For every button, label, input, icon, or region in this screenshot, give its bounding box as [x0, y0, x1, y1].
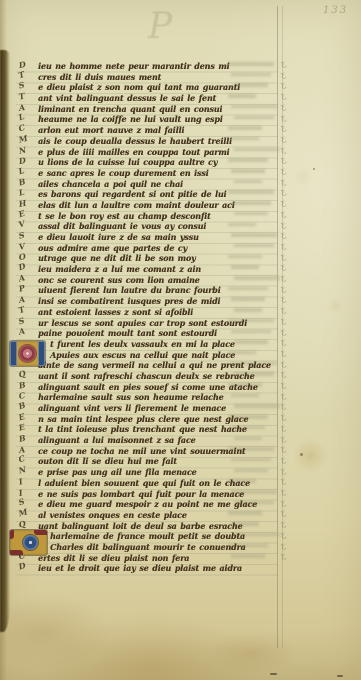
line-text: l aduient bien souuent que qui fuit on l…	[38, 478, 282, 489]
initial-maroon-bar	[10, 550, 23, 555]
line-text: ieu et le droit que iay se dieu plaist m…	[38, 563, 282, 574]
line-text: e dieu plaist z son nom qui tant ma guar…	[38, 82, 282, 93]
manuscript-line: Apaine pouoient moult tant sont estourdi	[14, 328, 282, 339]
line-text: Charles dit balinguant mourir te conuend…	[50, 542, 282, 553]
manuscript-line: Ainsi se combatirent iusques pres de mid…	[14, 296, 282, 307]
line-text: ur lescus se sont apuies car trop sont e…	[38, 318, 282, 329]
manuscript-line: Helas dit lun a laultre com maint douleu…	[14, 200, 282, 211]
illuminated-initial-E	[10, 341, 45, 366]
text-block: Dieu ne homme nete peur marantir dens mi…	[14, 61, 282, 574]
line-text: al venistes onques en ceste place	[38, 510, 282, 521]
manuscript-line: Le sanc apres le coup durement en issi	[14, 168, 282, 179]
manuscript-line: Et se le bon roy est au champ desconfit	[14, 211, 282, 222]
manuscript-line: Certes dit li se dieu plaist non fera	[14, 553, 282, 564]
initial-blue-orb	[23, 535, 38, 550]
manuscript-line: Bailes chancela a poi quil ne chai	[14, 179, 282, 190]
edge-mark	[337, 675, 343, 677]
manuscript-line: Vassal dit balinguant ie vous ay consui	[14, 221, 282, 232]
manuscript-line: Vous admire ame que partes de cy	[14, 243, 282, 254]
manuscript-line: Ace coup ne tocha ne mil une vint souuer…	[14, 446, 282, 457]
line-text: ainte de sang vermeil na cellui a qui ne…	[38, 360, 282, 371]
line-text: es barons qui regardent si ont pitie de …	[38, 189, 282, 200]
line-text: outon dit li se dieu hui me fait	[38, 456, 282, 467]
manuscript-line: Se dieu lauoit iure z de sa main yssu	[14, 232, 282, 243]
initial-maroon-bar	[10, 530, 14, 539]
manuscript-line: Se dieu me guard mespoir z au point ne m…	[14, 499, 282, 510]
manuscript-line: En sa main tint lespee plus clere que ne…	[14, 414, 282, 425]
manuscript-line: Se dieu plaist z son nom qui tant ma gua…	[14, 82, 282, 93]
line-text: ais le coup deualla dessus le haubert tr…	[38, 136, 282, 147]
line-text: e dieu lauoit iure z de sa main yssu	[38, 232, 282, 243]
line-text: uiuent fierent lun lautre du branc fourb…	[38, 285, 282, 296]
show-through-large-letter: P	[148, 6, 172, 47]
line-text: ertes dit li se dieu plaist non fera	[38, 553, 282, 564]
manuscript-page: ʒʒʒʒʒʒʒʒʒʒʒʒʒʒʒʒʒʒʒʒʒʒʒʒʒʒʒʒʒʒʒʒʒʒʒʒʒʒʒʒ…	[0, 0, 361, 680]
line-text: utrage que ne dit dit li be son moy	[38, 253, 282, 264]
manuscript-line: Carlon eut mort nauve z mal failli	[14, 125, 282, 136]
line-text: ieu ne homme nete peur marantir dens mi	[38, 61, 282, 72]
binding-gutter	[0, 50, 10, 632]
manuscript-line: Dieu maidera z a lui me comant z ain	[14, 264, 282, 275]
line-text: liminant en trencha quant quil en consui	[38, 104, 282, 115]
manuscript-line: Mais le coup deualla dessus le haubert t…	[14, 136, 282, 147]
manuscript-line: Tainte de sang vermeil na cellui a qui n…	[14, 360, 282, 371]
line-text: t la tint ioieuse plus trenchant que nes…	[38, 424, 282, 435]
line-text: heaume ne la coiffe ne lui vault ung esp…	[38, 114, 282, 125]
line-text: ieu maidera z a lui me comant z ain	[38, 264, 282, 275]
line-text: harlemaine sault sus son heaume relache	[38, 392, 282, 403]
line-text: ant estoient lasses z sont si afoibli	[38, 307, 282, 318]
manuscript-line: t furent les deulx vassaulx en mi la pla…	[14, 339, 282, 350]
manuscript-line: Tant estoient lasses z sont si afoibli	[14, 307, 282, 318]
manuscript-line: Il aduient bien souuent que qui fuit on …	[14, 478, 282, 489]
line-text: ant vint balinguant dessus le sai le fen…	[38, 93, 282, 104]
line-text: e plus de iiii mailles en couppa tout pa…	[38, 147, 282, 158]
manuscript-line: Charles dit balinguant mourir te conuend…	[14, 542, 282, 553]
edge-mark	[270, 673, 277, 675]
folio-number: 133	[323, 5, 348, 16]
line-text: arlon eut mort nauve z mal failli	[38, 125, 282, 136]
line-text: ce coup ne tocha ne mil une vint souuerm…	[38, 446, 282, 457]
manuscript-line: Lheaume ne la coiffe ne lui vault ung es…	[14, 114, 282, 125]
manuscript-line: Du lions de la cuisse lui couppa aultre …	[14, 157, 282, 168]
manuscript-line: Balinguant vint vers li fierement le men…	[14, 403, 282, 414]
line-text: alinguant a lui maisonnet z sa face	[38, 435, 282, 446]
initial-blue-bar-left	[10, 341, 17, 366]
manuscript-line: Aonc se courent sus com lion amaine	[14, 275, 282, 286]
illuminated-initial-C	[10, 530, 47, 555]
manuscript-line: Tant vint balinguant dessus le sai le fe…	[14, 93, 282, 104]
line-text: e ne suis pas lombart qui fuit pour la m…	[38, 489, 282, 500]
manuscript-line: Et la tint ioieuse plus trenchant que ne…	[14, 424, 282, 435]
manuscript-line: Apuies aux escus na cellui que nait plac…	[14, 350, 282, 361]
manuscript-line: Charlemaine sault sus son heaume relache	[14, 392, 282, 403]
line-text: Apuies aux escus na cellui que nait plac…	[50, 350, 282, 361]
manuscript-line: Quant il sont rafreschi chascun deulx se…	[14, 371, 282, 382]
manuscript-line: Ne plus de iiii mailles en couppa tout p…	[14, 147, 282, 158]
line-text: onc se courent sus com lion amaine	[38, 275, 282, 286]
line-text: e prise pas ung ail une fila menace	[38, 467, 282, 478]
initial-blue-bar-right	[38, 341, 45, 366]
manuscript-line: Balinguant a lui maisonnet z sa face	[14, 435, 282, 446]
manuscript-line: Les barons qui regardent si ont pitie de…	[14, 189, 282, 200]
line-text: ous admire ame que partes de cy	[38, 243, 282, 254]
line-text: uant il sont rafreschi chascun deulx se …	[38, 371, 282, 382]
manuscript-line: harlemaine de france moult petit se doub…	[14, 531, 282, 542]
ink-speck	[313, 168, 315, 170]
line-text: t furent les deulx vassaulx en mi la pla…	[50, 339, 282, 350]
manuscript-line: Tcres dit li duis maues ment	[14, 72, 282, 83]
manuscript-line: Dieu ne homme nete peur marantir dens mi	[14, 61, 282, 72]
manuscript-line: Ie ne suis pas lombart qui fuit pour la …	[14, 489, 282, 500]
line-text: assal dit balinguant ie vous ay consui	[38, 221, 282, 232]
line-text: uant balinguant loit de deul sa barbe es…	[38, 521, 282, 532]
line-text: ailes chancela a poi quil ne chai	[38, 179, 282, 190]
line-text: elas dit lun a laultre com maint douleur…	[38, 200, 282, 211]
manuscript-line: Dieu et le droit que iay se dieu plaist …	[14, 563, 282, 574]
line-text: paine pouoient moult tant sont estourdi	[38, 328, 282, 339]
manuscript-line: Mal venistes onques en ceste place	[14, 510, 282, 521]
manuscript-line: Couton dit li se dieu hui me fait	[14, 456, 282, 467]
ink-speck	[300, 453, 303, 456]
line-text: u lions de la cuisse lui couppa aultre c…	[38, 157, 282, 168]
initial-maroon-bar	[34, 530, 47, 535]
line-text: harlemaine de france moult petit se doub…	[50, 531, 282, 542]
line-text: alinguant vint vers li fierement le mena…	[38, 403, 282, 414]
line-text: t se le bon roy est au champ desconfit	[38, 211, 282, 222]
manuscript-line: Aliminant en trencha quant quil en consu…	[14, 104, 282, 115]
line-text: e dieu me guard mespoir z au point ne me…	[38, 499, 282, 510]
manuscript-line: Outrage que ne dit dit li be son moy	[14, 253, 282, 264]
manuscript-line: Quant balinguant loit de deul sa barbe e…	[14, 521, 282, 532]
manuscript-line: Balinguant sault en pies souef si come u…	[14, 382, 282, 393]
line-text: e sanc apres le coup durement en issi	[38, 168, 282, 179]
initial-rosette	[19, 345, 36, 362]
manuscript-line: Puiuent fierent lun lautre du branc four…	[14, 285, 282, 296]
line-text: n sa main tint lespee plus clere que nes…	[38, 414, 282, 425]
manuscript-line: Sur lescus se sont apuies car trop sont …	[14, 318, 282, 329]
line-text: cres dit li duis maues ment	[38, 72, 282, 83]
line-text: alinguant sault en pies souef si come un…	[38, 382, 282, 393]
manuscript-line: Ne prise pas ung ail une fila menace	[14, 467, 282, 478]
line-text: insi se combatirent iusques pres de midi	[38, 296, 282, 307]
